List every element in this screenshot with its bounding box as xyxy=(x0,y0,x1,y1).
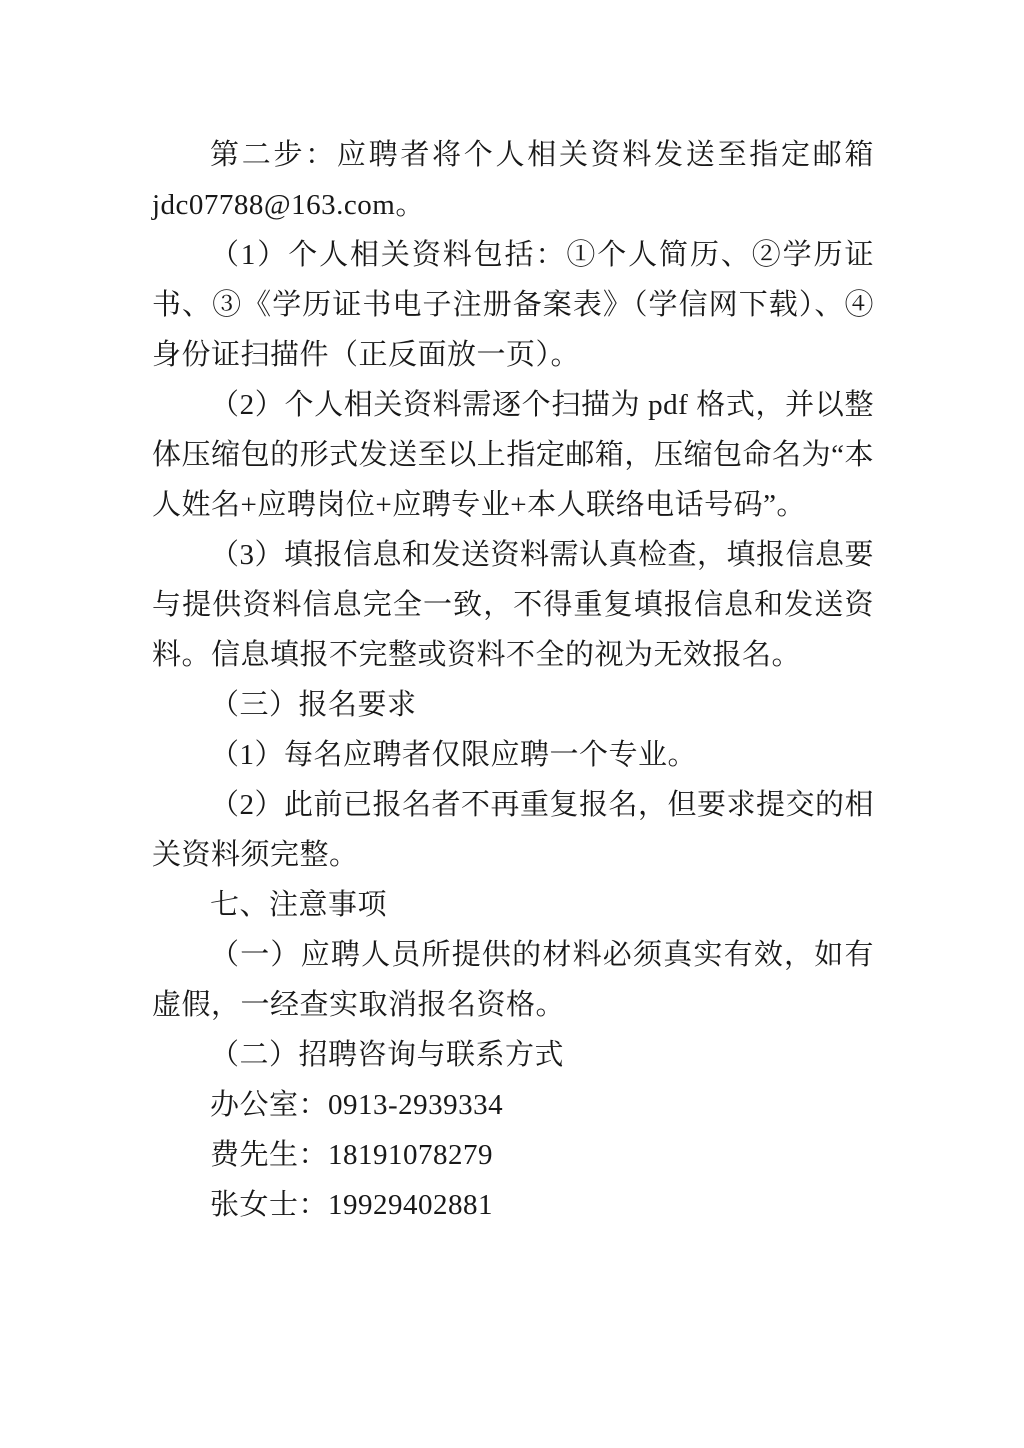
contact-mr-fei-phone: 费先生：18191078279 xyxy=(152,1130,874,1180)
heading-registration-requirements: （三）报名要求 xyxy=(152,680,874,730)
heading-notes: 七、注意事项 xyxy=(152,880,874,930)
paragraph-note-authenticity: （一）应聘人员所提供的材料必须真实有效，如有虚假，一经查实取消报名资格。 xyxy=(152,930,874,1030)
contact-ms-zhang-phone: 张女士：19929402881 xyxy=(152,1180,874,1230)
paragraph-requirement-2: （2）此前已报名者不再重复报名，但要求提交的相关资料须完整。 xyxy=(152,780,874,880)
paragraph-item-1-materials-list: （1）个人相关资料包括：①个人简历、②学历证书、③《学历证书电子注册备案表》（学… xyxy=(152,230,874,380)
heading-contact-info: （二）招聘咨询与联系方式 xyxy=(152,1030,874,1080)
paragraph-step-two-email: 第二步：应聘者将个人相关资料发送至指定邮箱jdc07788@163.com。 xyxy=(152,130,874,230)
contact-office-phone: 办公室：0913-2939334 xyxy=(152,1080,874,1130)
paragraph-requirement-1: （1）每名应聘者仅限应聘一个专业。 xyxy=(152,730,874,780)
paragraph-item-3-info-check: （3）填报信息和发送资料需认真检查，填报信息要与提供资料信息完全一致，不得重复填… xyxy=(152,530,874,680)
document-page: 第二步：应聘者将个人相关资料发送至指定邮箱jdc07788@163.com。 （… xyxy=(0,0,1024,1448)
paragraph-item-2-pdf-archive: （2）个人相关资料需逐个扫描为 pdf 格式，并以整体压缩包的形式发送至以上指定… xyxy=(152,380,874,530)
